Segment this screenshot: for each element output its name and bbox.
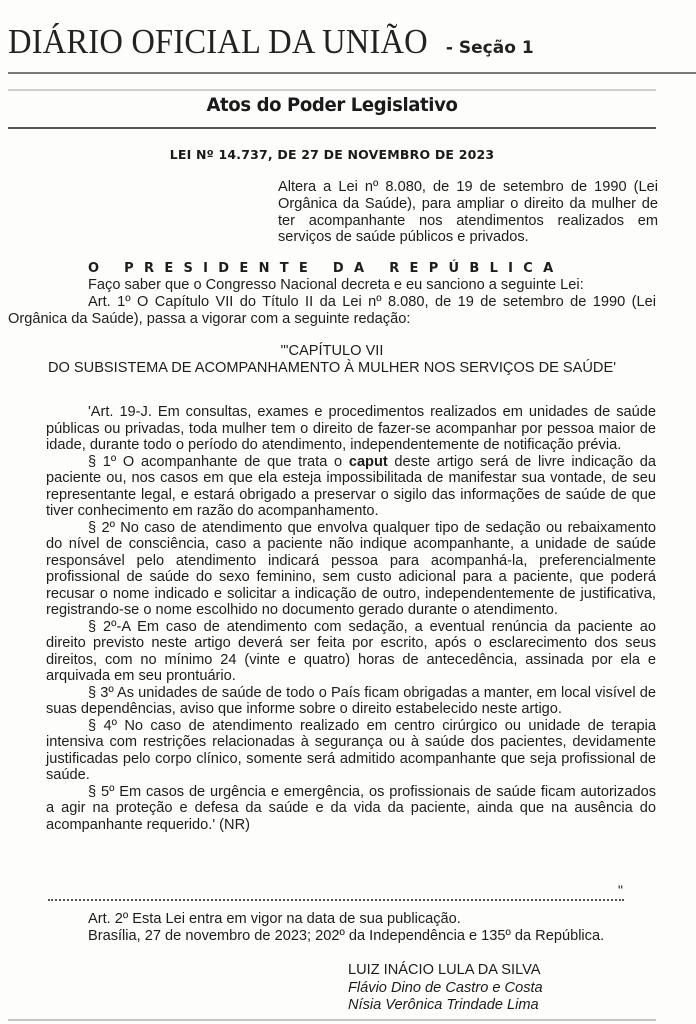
footer-rule [8, 1019, 656, 1021]
signature-president: LUIZ INÁCIO LULA DA SILVA [348, 962, 543, 980]
preamble-block: Faço saber que o Congresso Nacional decr… [8, 277, 656, 327]
signature-minister-2: Nísia Verônica Trindade Lima [348, 997, 543, 1015]
article-body: 'Art. 19-J. Em consultas, exames e proce… [46, 404, 656, 833]
paragraph-2a: § 2º-A Em caso de atendimento com sedaçã… [46, 619, 656, 685]
article-1: Art. 1º O Capítulo VII do Título II da L… [8, 294, 656, 328]
paragraph-5: § 5º Em casos de urgência e emergência, … [46, 784, 656, 834]
heading-bottom-rule [8, 127, 656, 129]
masthead: DIÁRIO OFICIAL DA UNIÃO - Seção 1 [8, 22, 534, 62]
chapter-number: "'CAPÍTULO VII [8, 343, 656, 360]
president-heading: O PRESIDENTE DA REPÚBLICA [88, 261, 564, 276]
caput-term: caput [349, 454, 388, 470]
dotted-leader [48, 893, 624, 901]
law-summary: Altera a Lei nº 8.080, de 19 de setembro… [278, 179, 658, 246]
paragraph-4: § 4º No caso de atendimento realizado em… [46, 718, 656, 784]
closing-quote: " [618, 882, 623, 898]
publication-section: - Seção 1 [446, 38, 534, 58]
law-title: LEI Nº 14.737, DE 27 DE NOVEMBRO DE 2023 [8, 147, 656, 162]
heading-top-rule [8, 89, 656, 91]
signatures: LUIZ INÁCIO LULA DA SILVA Flávio Dino de… [348, 962, 543, 1015]
place-date: Brasília, 27 de novembro de 2023; 202º d… [88, 928, 604, 945]
paragraph-3: § 3º As unidades de saúde de todo o País… [46, 685, 656, 718]
masthead-divider [8, 72, 696, 74]
publication-title: DIÁRIO OFICIAL DA UNIÃO [8, 22, 428, 62]
signature-minister-1: Flávio Dino de Castro e Costa [348, 980, 543, 998]
article-2: Art. 2º Esta Lei entra em vigor na data … [88, 911, 604, 928]
article-19j: 'Art. 19-J. Em consultas, exames e proce… [46, 404, 656, 454]
paragraph-2: § 2º No caso de atendimento que envolva … [46, 520, 656, 619]
section-heading: Atos do Poder Legislativo [24, 94, 640, 116]
preamble: Faço saber que o Congresso Nacional decr… [8, 277, 656, 294]
paragraph-1: § 1º O acompanhante de que trata o caput… [46, 454, 656, 520]
chapter-title: DO SUBSISTEMA DE ACOMPANHAMENTO À MULHER… [8, 360, 656, 377]
closing-block: Art. 2º Esta Lei entra em vigor na data … [88, 911, 604, 945]
chapter-heading: "'CAPÍTULO VII DO SUBSISTEMA DE ACOMPANH… [8, 343, 656, 377]
